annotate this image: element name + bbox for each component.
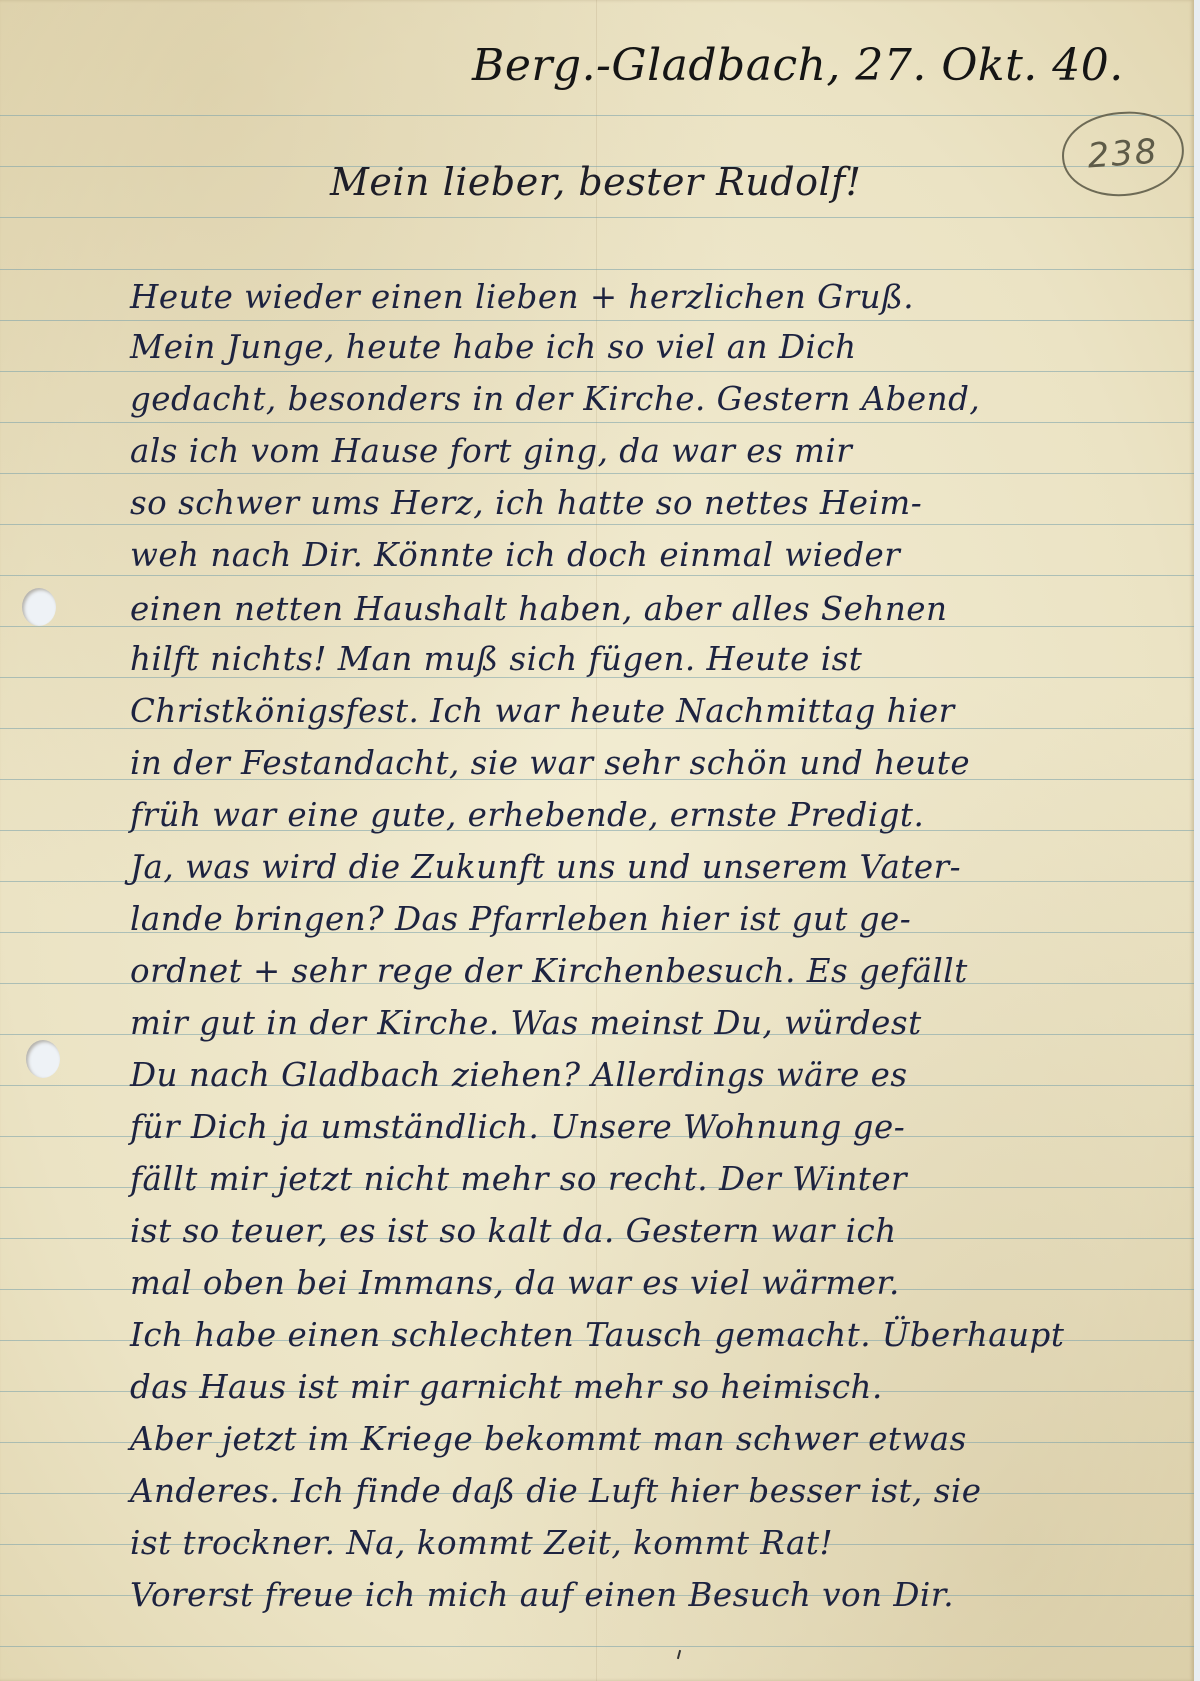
ruling-line — [0, 115, 1194, 116]
body-line: weh nach Dir. Könnte ich doch einmal wie… — [130, 536, 900, 574]
body-line: gedacht, besonders in der Kirche. Gester… — [130, 380, 980, 418]
salutation: Mein lieber, bester Rudolf! — [330, 160, 861, 204]
punch-hole-lower — [26, 1040, 60, 1078]
body-line: Ja, was wird die Zukunft uns und unserem… — [130, 848, 961, 886]
letter-page: 238 Berg.-Gladbach, 27. Okt. 40. Mein li… — [0, 0, 1194, 1681]
ruling-line — [0, 269, 1194, 270]
body-line: so schwer ums Herz, ich hatte so nettes … — [130, 484, 922, 522]
body-line: für Dich ja umständlich. Unsere Wohnung … — [130, 1108, 905, 1146]
body-line: früh war eine gute, erhebende, ernste Pr… — [130, 796, 924, 834]
body-line: Ich habe einen schlechten Tausch gemacht… — [130, 1316, 1064, 1354]
ruling-line — [0, 524, 1194, 525]
body-line: lande bringen? Das Pfarrleben hier ist g… — [130, 900, 911, 938]
body-line: das Haus ist mir garnicht mehr so heimis… — [130, 1368, 883, 1406]
ruling-line — [0, 371, 1194, 372]
body-line: hilft nichts! Man muß sich fügen. Heute … — [130, 640, 862, 678]
ruling-line — [0, 422, 1194, 423]
dateline: Berg.-Gladbach, 27. Okt. 40. — [472, 40, 1124, 91]
body-line: mir gut in der Kirche. Was meinst Du, wü… — [130, 1004, 922, 1042]
ruling-line — [0, 473, 1194, 474]
body-line: ist trockner. Na, kommt Zeit, kommt Rat! — [130, 1524, 833, 1562]
ruling-line — [0, 1646, 1194, 1647]
body-line: als ich vom Hause fort ging, da war es m… — [130, 432, 852, 470]
body-line: in der Festandacht, sie war sehr schön u… — [130, 744, 970, 782]
body-line: ist so teuer, es ist so kalt da. Gestern… — [130, 1212, 897, 1250]
body-line: Mein Junge, heute habe ich so viel an Di… — [130, 328, 857, 366]
body-line: fällt mir jetzt nicht mehr so recht. Der… — [130, 1160, 907, 1198]
body-line: Christkönigsfest. Ich war heute Nachmitt… — [130, 692, 955, 730]
body-line: Anderes. Ich finde daß die Luft hier bes… — [130, 1472, 982, 1510]
body-line: einen netten Haushalt haben, aber alles … — [130, 590, 947, 628]
body-line: Heute wieder einen lieben + herzlichen G… — [130, 278, 914, 316]
body-line: Aber jetzt im Kriege bekommt man schwer … — [130, 1420, 967, 1458]
ruling-line — [0, 217, 1194, 218]
body-line: mal oben bei Immans, da war es viel wärm… — [130, 1264, 900, 1302]
archive-number: 238 — [1059, 108, 1187, 200]
body-line: Du nach Gladbach ziehen? Allerdings wäre… — [130, 1056, 908, 1094]
ink-mark — [677, 1650, 681, 1659]
punch-hole-upper — [22, 588, 56, 626]
body-line: ordnet + sehr rege der Kirchenbesuch. Es… — [130, 952, 968, 990]
ruling-line — [0, 575, 1194, 576]
body-line: Vorerst freue ich mich auf einen Besuch … — [130, 1576, 954, 1614]
ruling-line — [0, 320, 1194, 321]
